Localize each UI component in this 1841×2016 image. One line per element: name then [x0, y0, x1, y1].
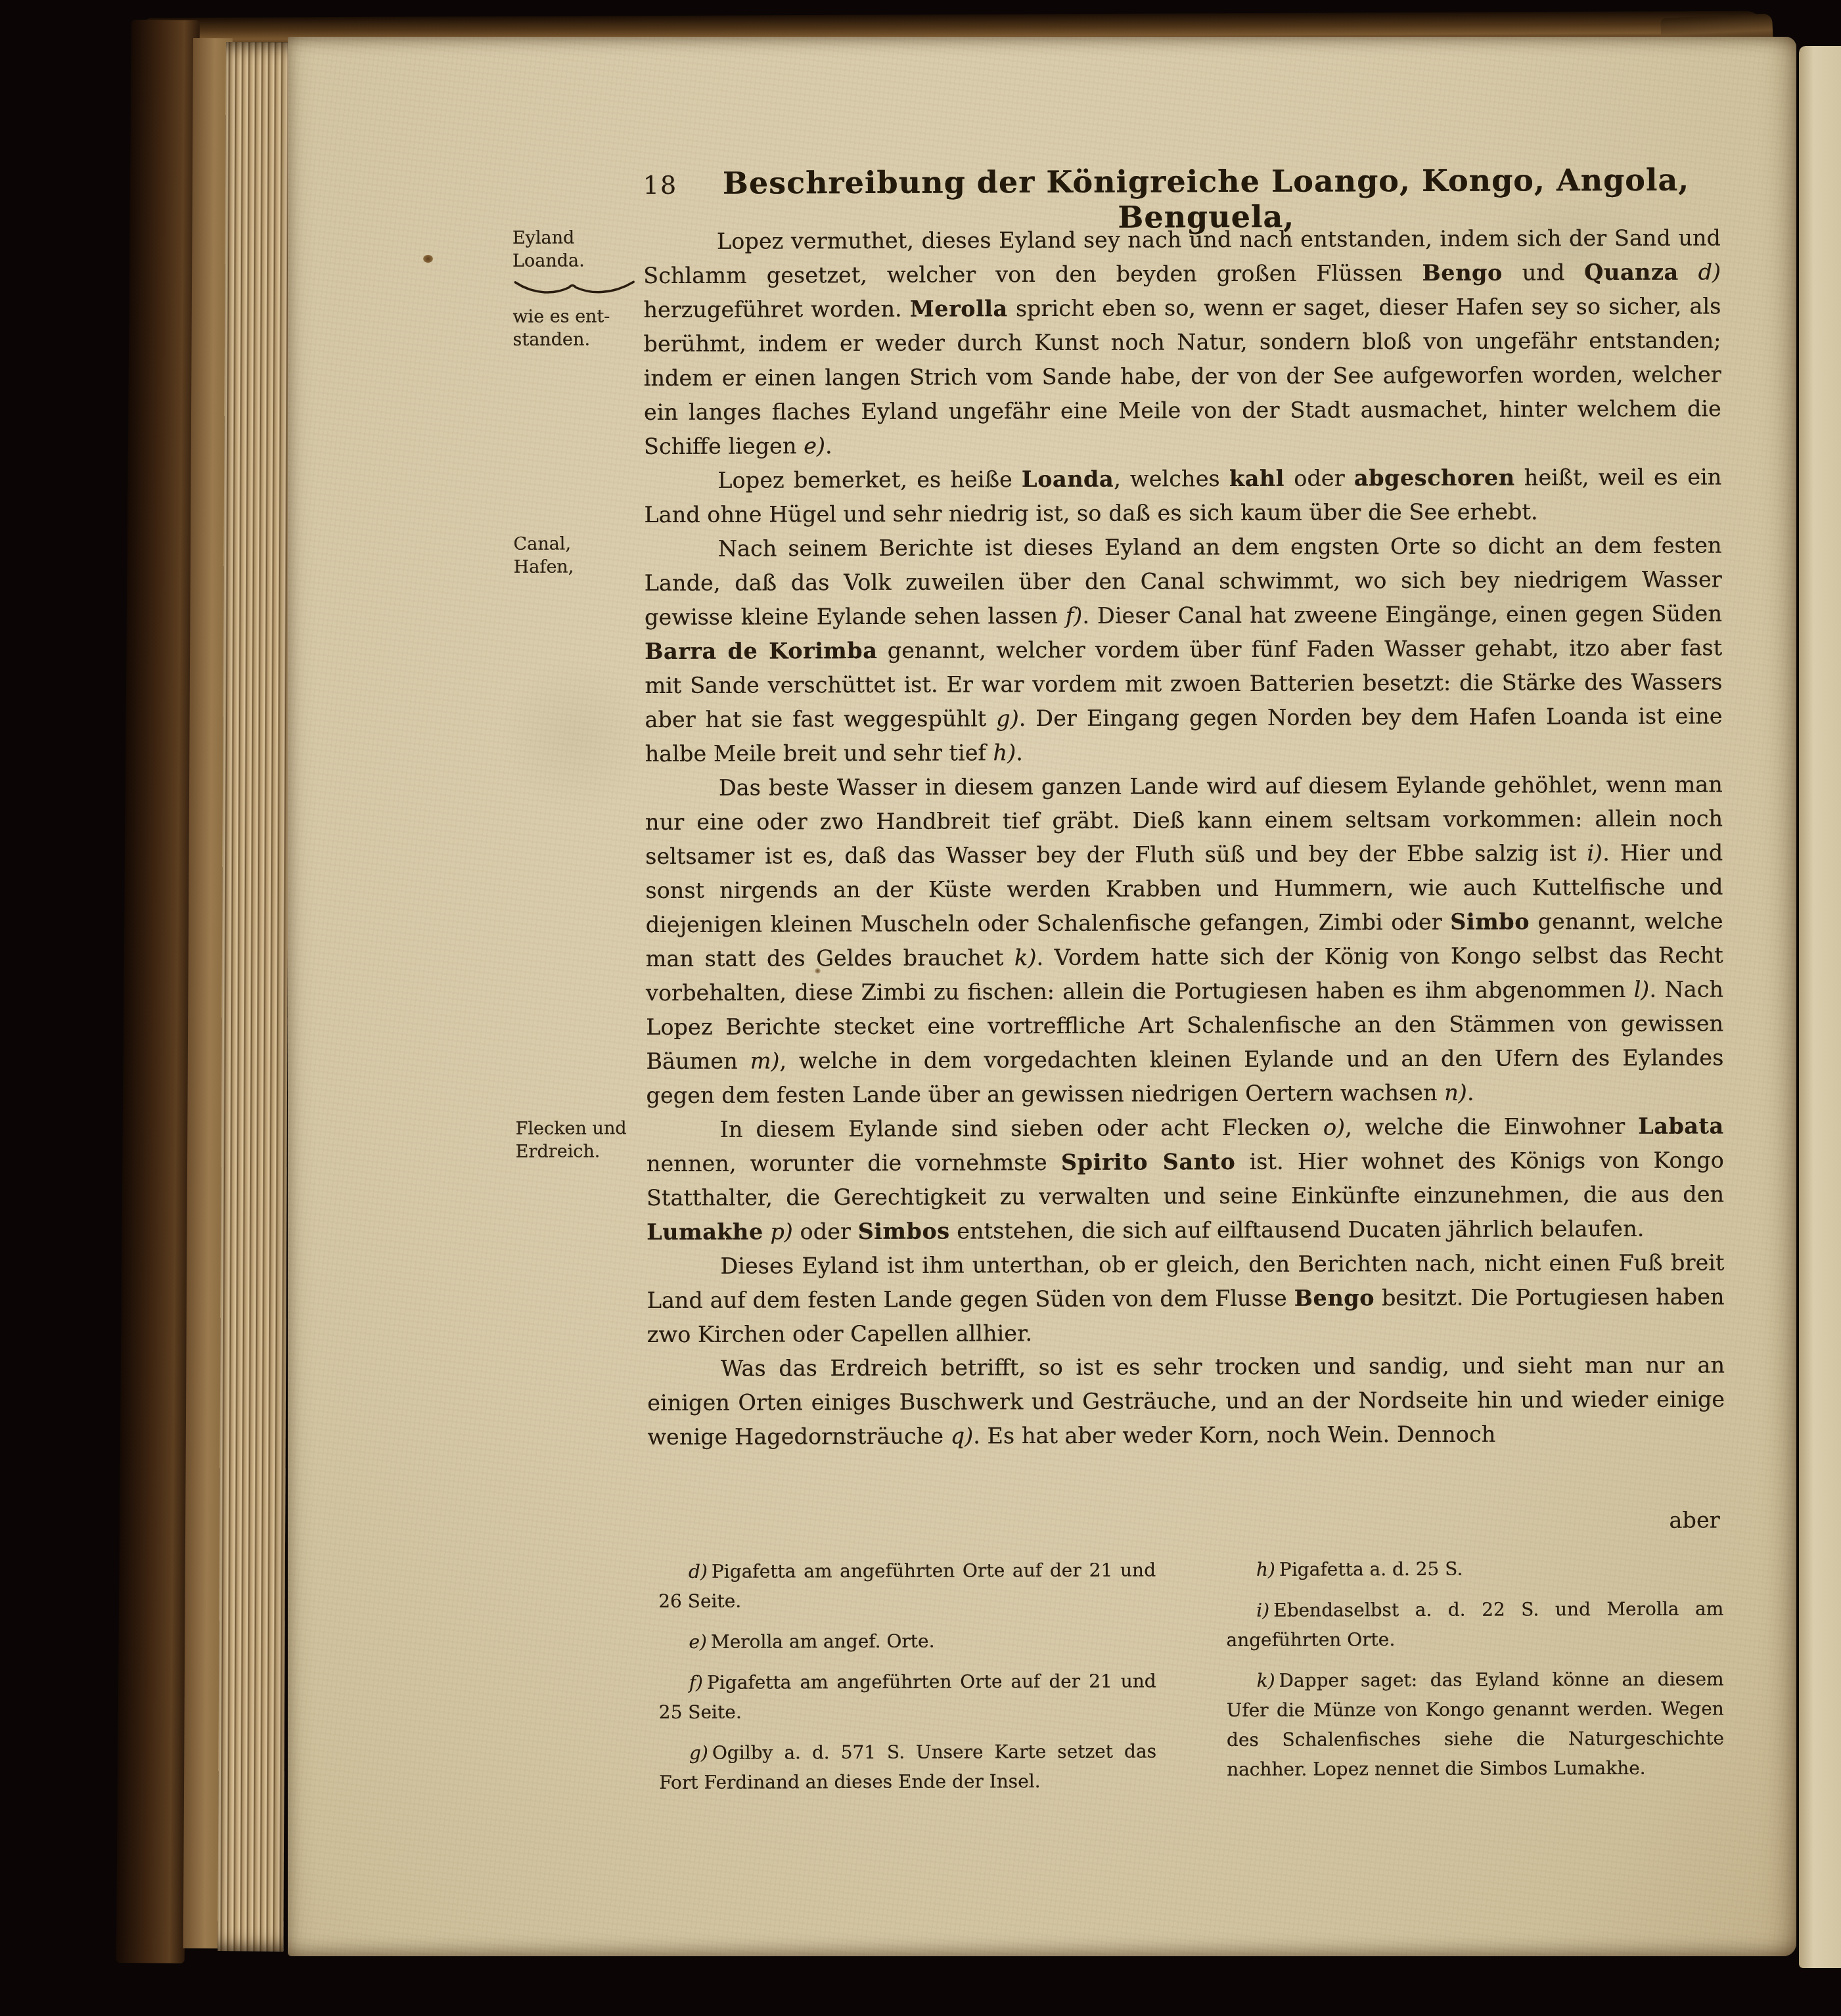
footnote-reference: n) — [1444, 1080, 1467, 1106]
emphasized-text: kahl — [1229, 466, 1284, 491]
footnote-reference: k) — [1014, 945, 1037, 970]
text-run: , welches — [1114, 466, 1229, 492]
printed-text-layer: 18 Beschreibung der Königreiche Loango, … — [284, 34, 1800, 1959]
emphasized-text: Quanza — [1584, 259, 1678, 286]
text-run: , welche die Einwohner — [1345, 1113, 1638, 1140]
text-run: . — [1467, 1080, 1474, 1106]
paragraph: Nach seinem Berichte ist dieses Eyland a… — [645, 528, 1723, 771]
footnote-mark: k) — [1257, 1670, 1275, 1691]
margin-note-flecken-erdreich: Flecken und Erdreich. — [516, 1117, 641, 1163]
text-run: entstehen, die sich auf eilftausend Duca… — [950, 1216, 1645, 1244]
paragraph: Lopez vermuthet, dieses Eyland sey nach … — [643, 221, 1721, 464]
paragraph: Lopez bemerket, es heiße Loanda, welches… — [644, 460, 1721, 532]
footnote-reference: h) — [993, 740, 1016, 765]
text-run — [1679, 259, 1698, 285]
text-run: Das beste Wasser in diesem ganzen Lande … — [645, 771, 1723, 869]
footnote-reference: p) — [770, 1219, 793, 1244]
footnote-mark: e) — [689, 1631, 707, 1653]
text-run: Lopez bemerket, es heiße — [717, 466, 1022, 493]
text-run — [763, 1219, 771, 1244]
page-number: 18 — [643, 171, 692, 200]
footnote-reference: o) — [1323, 1114, 1345, 1140]
emphasized-text: abgeschoren — [1354, 464, 1515, 491]
paragraph: In diesem Eylande sind sieben oder acht … — [647, 1109, 1725, 1249]
paragraph: Das beste Wasser in diesem ganzen Lande … — [645, 767, 1724, 1113]
catchword: aber — [648, 1507, 1720, 1536]
text-run: . — [825, 433, 832, 459]
text-run: und — [1503, 259, 1585, 285]
text-run: nennen, worunter die vornehmste — [647, 1150, 1061, 1176]
emphasized-text: Spirito Santo — [1061, 1149, 1235, 1175]
emphasized-text: Simbos — [858, 1218, 950, 1243]
text-run: oder — [793, 1219, 858, 1244]
emphasized-text: Labata — [1638, 1113, 1724, 1138]
footnotes: d)Pigafetta am angeführten Orte auf der … — [648, 1553, 1727, 1846]
paragraph: Was das Erdreich betrifft, so ist es seh… — [647, 1348, 1725, 1454]
footnote-reference: f) — [1066, 603, 1083, 629]
footnote: i)Ebendaselbst a. d. 22 S. und Merolla a… — [1226, 1594, 1723, 1655]
emphasized-text: Bengo — [1294, 1285, 1375, 1310]
emphasized-text: Bengo — [1422, 260, 1502, 286]
margin-note-wie-es-entstanden: wie es ent- standen. — [512, 305, 637, 351]
book-scan: 18 Beschreibung der Königreiche Loango, … — [0, 0, 1841, 2016]
footnote-column-right: h)Pigafetta a. d. 25 S. i)Ebendaselbst a… — [1226, 1553, 1724, 1795]
footnote-reference: e) — [804, 433, 825, 459]
emphasized-text: Merolla — [910, 296, 1008, 322]
text-run: . Es hat aber weder Korn, noch Wein. Den… — [973, 1422, 1495, 1449]
footnote: g)Ogilby a. d. 571 S. Unsere Karte setze… — [659, 1736, 1156, 1797]
emphasized-text: Loanda — [1022, 466, 1114, 492]
footnote-reference: m) — [750, 1048, 780, 1073]
next-page-edge — [1799, 46, 1841, 1968]
page-fore-edges — [217, 42, 292, 1951]
footnote-reference: q) — [951, 1423, 974, 1448]
footnote-reference: g) — [996, 706, 1019, 731]
margin-note-canal-hafen: Canal, Hafen, — [514, 532, 639, 579]
body-text: Lopez vermuthet, dieses Eyland sey nach … — [643, 221, 1725, 1454]
emphasized-text: Barra de Korimba — [645, 638, 877, 664]
text-run: . — [1016, 740, 1023, 765]
text-run: herzugeführet worden. — [643, 296, 909, 323]
text-run: . Dieser Canal hat zweene Eingänge, eine… — [1082, 600, 1722, 628]
footnote-mark: d) — [689, 1561, 708, 1582]
text-run: oder — [1284, 465, 1354, 491]
text-run: , welche in dem vorgedachten kleinen Eyl… — [646, 1044, 1723, 1108]
footnote: f)Pigafetta am angeführten Orte auf der … — [659, 1666, 1156, 1727]
footnote: e)Merolla am angef. Orte. — [658, 1625, 1156, 1657]
paragraph: Dieses Eyland ist ihm unterthan, ob er g… — [647, 1245, 1725, 1352]
footnote-reference: d) — [1698, 259, 1721, 284]
footnote: d)Pigafetta am angeführten Orte auf der … — [658, 1555, 1156, 1616]
footnote-mark: i) — [1256, 1600, 1269, 1621]
footnote: k)Dapper saget: das Eyland könne an dies… — [1227, 1664, 1725, 1784]
footnote-mark: g) — [689, 1742, 708, 1764]
margin-note-eyland-loanda: Eyland Loanda. — [512, 226, 637, 273]
margin-note-brace — [512, 279, 636, 298]
footnote-column-left: d)Pigafetta am angeführten Orte auf der … — [658, 1555, 1156, 1808]
book-page: 18 Beschreibung der Königreiche Loango, … — [288, 37, 1796, 1956]
footnote: h)Pigafetta a. d. 25 S. — [1226, 1553, 1723, 1584]
text-run: In diesem Eylande sind sieben oder acht … — [720, 1115, 1323, 1142]
footnote-reference: i) — [1587, 840, 1602, 866]
emphasized-text: Lumakhe — [647, 1219, 763, 1245]
footnote-mark: h) — [1256, 1559, 1275, 1580]
emphasized-text: Simbo — [1450, 908, 1530, 934]
footnote-mark: f) — [689, 1672, 703, 1693]
footnote-reference: l) — [1634, 977, 1650, 1002]
